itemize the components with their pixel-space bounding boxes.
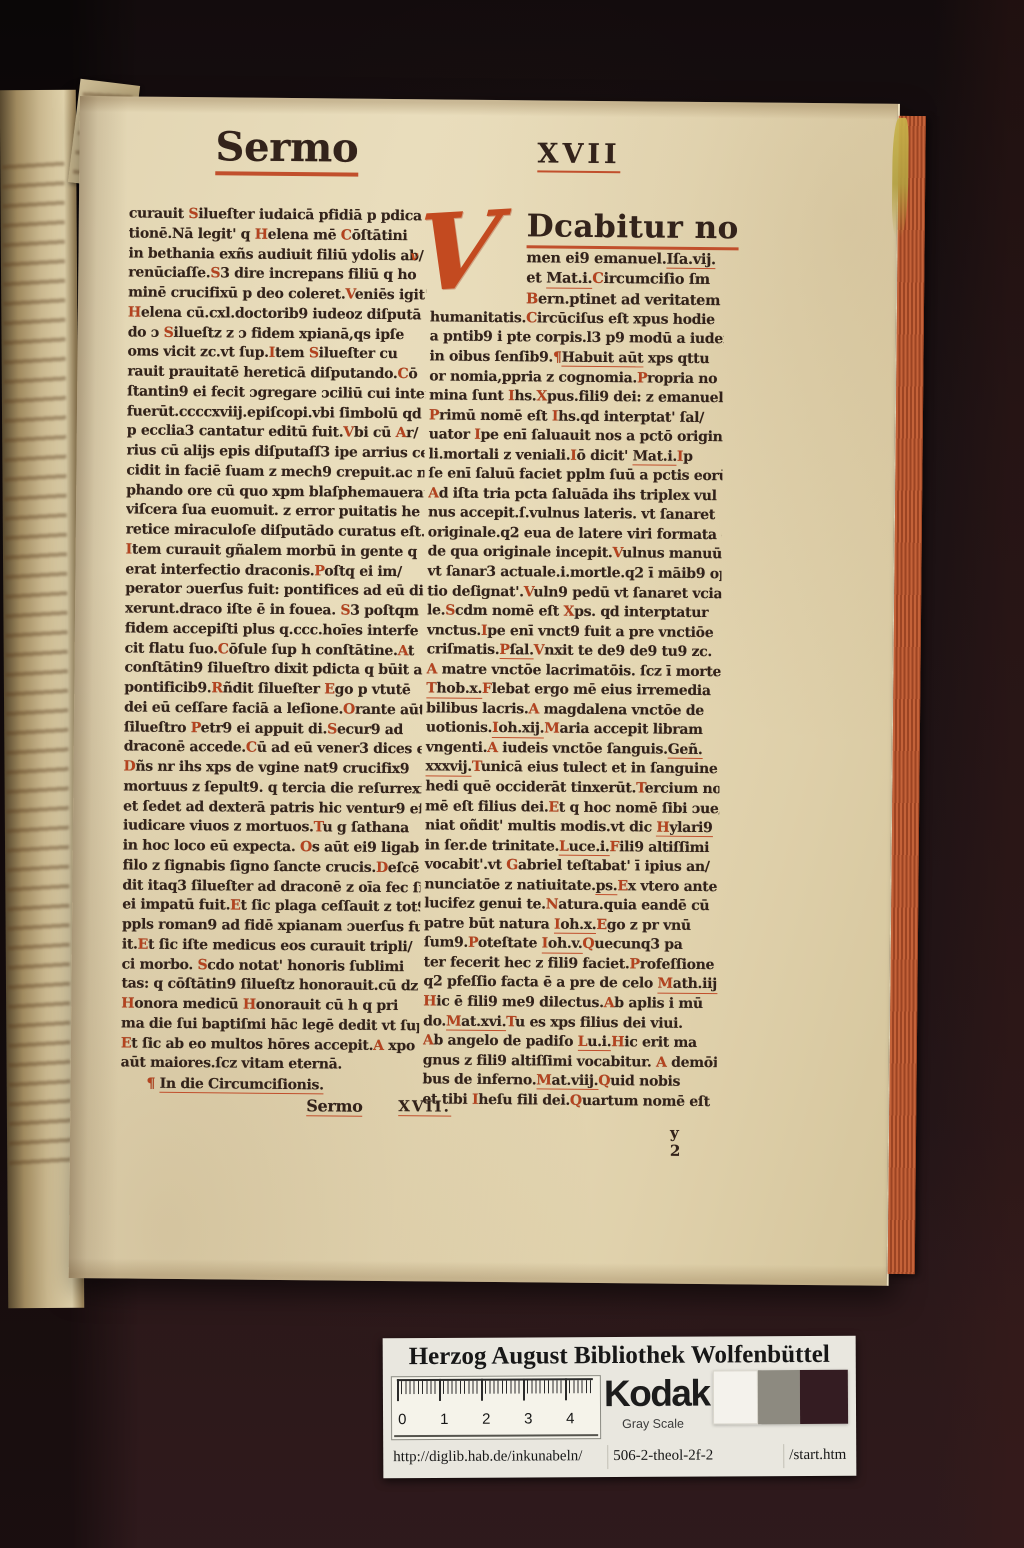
text-line: Ab angelo de padiſo Lu.i.Hic erit ma: [423, 1031, 717, 1053]
edge-damage-spot: [892, 118, 909, 238]
indent-lines: men ei9 emanuel.Iſa.vij.et Mat.i.Circumc…: [526, 248, 725, 311]
text-line: ppls roman9 ad fidē xpianam ɔuerſus fu: [122, 915, 420, 938]
text-line: vocabit'.vt Gabriel teſtabat' ī ipius an…: [425, 856, 719, 878]
facing-page-ghost-text: [2, 160, 71, 1168]
right-column-lines: humanitatis.Circūciſus eſt xpus hodiea p…: [422, 308, 724, 1112]
ruler-major-ticks: [397, 1378, 593, 1401]
incipit-heading: Dcabitur no: [527, 206, 725, 250]
library-title: Herzog August Bibliothek Wolfenbüttel: [383, 1341, 856, 1371]
text-line: in oibus ſenſib9.¶Habuit aūt xps qttu: [429, 347, 723, 369]
text-line: curauit Silueſter iudaicā pfidiā p pdica: [129, 204, 427, 227]
text-line: Item curauit gñalem morbū in gente q: [126, 540, 424, 563]
text-line: mortuus z ſepult9. q tercia die reſurrex…: [123, 777, 421, 800]
label-bottom-row: http://diglib.hab.de/inkunabeln/ 506-2-t…: [383, 1442, 856, 1474]
patch-black: [800, 1370, 848, 1424]
text-line: Honora medicū Honorauit cū h q pri: [121, 994, 419, 1017]
text-line: rauit prauitatē hereticā diſputando.Cō: [127, 362, 425, 385]
text-line: le.Scdm nomē eſt Xps. qd interptatur: [427, 601, 721, 623]
text-line: in hoc loco eū expecta. Os aūt ei9 ligab: [123, 836, 421, 859]
text-line: nus accepit.ſ.vulnus lateris. vt ſanaret: [428, 504, 722, 526]
text-line: criſmatis.Pſal.Vnxit te de9 de9 tu9 zc.: [427, 641, 721, 663]
ruler-number: 0: [398, 1411, 406, 1428]
text-line: dei eū ceſſare faciā a leſione.Orante aū…: [124, 698, 422, 721]
ruler-number: 4: [566, 1410, 574, 1427]
text-line: uator Ipe enī ſaluauit nos a pctō origin…: [429, 426, 723, 448]
catchword-row: Sermo XVII.: [120, 1094, 418, 1119]
label-divider: [783, 1444, 784, 1468]
text-line: filo z ſignabis ſigno ſancte crucis.Deſc…: [123, 856, 421, 879]
label-shelfmark: 506-2-theol-2f-2: [613, 1448, 713, 1466]
rubric-incipit: ¶ In die Circumciſionis.: [120, 1073, 418, 1097]
text-line: et tibi Iheſu fili dei.Quartum nomē eſt: [422, 1090, 716, 1112]
label-url: http://diglib.hab.de/inkunabeln/: [393, 1448, 582, 1466]
kodak-logo: Kodak: [604, 1373, 710, 1416]
text-line: xerunt.draco iſte ē in fouea. S3 poſtqm: [125, 599, 423, 622]
running-header-number: XVII: [537, 138, 620, 170]
text-line: tionē.Nā legit' q Helena mē Cōſtātini: [129, 224, 427, 247]
text-line: pontificib9.Rñdit ſilueſter Ego p vtutē: [124, 678, 422, 701]
text-line: Hic ē fili9 me9 dilectus.Ab aplis i mū: [423, 992, 717, 1014]
text-line: retice miraculoſe diſputādo curatus eſt.: [126, 520, 424, 543]
text-line: lucifez genui te.Natura.quia eandē cū: [424, 895, 718, 917]
text-line: rius cū alijs epis diſputaſſ3 ipe arrius…: [126, 441, 424, 464]
ruler-number: 1: [440, 1411, 448, 1428]
text-line: ſtantin9 ei fecit ɔgregare ɔciliū cui in…: [127, 382, 425, 405]
patch-white: [713, 1370, 758, 1424]
left-column: curauit Silueſter iudaicā pfidiā p pdica…: [120, 204, 427, 1119]
ruler-baseline: [394, 1434, 598, 1437]
gray-scale-label: Gray Scale: [622, 1417, 684, 1431]
calibration-label: Herzog August Bibliothek Wolfenbüttel 01…: [383, 1336, 857, 1478]
text-line: ma die ſui baptiſmi hāc legē dedit vt ſu…: [121, 1014, 419, 1037]
text-line: bus de inferno.Mat.viij.Quid nobis: [422, 1071, 716, 1093]
text-line: ſum9.Poteſtate Ioh.v.Quecunq3 pa: [424, 934, 718, 956]
text-line: fidem accepiſti plus q.ccc.hoīes interfe: [125, 619, 423, 642]
running-header-sermo: Sermo: [215, 125, 358, 170]
text-line: Bern.ptinet ad veritatem: [526, 289, 724, 311]
text-line: vt ſanar3 actuale.i.mortle.q2 ī māib9 op…: [427, 562, 721, 584]
text-line: et Mat.i.Circumciſio ſm: [526, 269, 724, 291]
text-line: Dñs nr ihs xps de vgine nat9 crucifix9: [123, 757, 421, 780]
lombard-initial-v: V: [412, 201, 529, 307]
ruler: 01234: [391, 1375, 601, 1440]
left-column-lines: curauit Silueſter iudaicā pfidiā p pdica…: [121, 204, 427, 1076]
label-start-page: /start.htm: [789, 1447, 846, 1464]
text-line: cidit in faciē ſuam z mech9 crepuit.ac n…: [126, 461, 424, 484]
catchword-sermo: Sermo: [306, 1096, 362, 1116]
book-page: Sermo XVII curauit Silueſter iudaicā pfi…: [69, 96, 900, 1286]
ruler-number: 3: [524, 1410, 532, 1427]
text-line: Thob.x.Flebat ergo mē eius irremedia: [426, 680, 720, 702]
text-line: Helena cū.cxl.doctorib9 iudeoz diſputā: [128, 303, 426, 326]
text-line: ſe enī ſaluū faciet pplm ſuū a pctis eor…: [428, 465, 722, 487]
right-column: V v Dcabitur no men ei9 emanuel.Iſa.vij.…: [422, 205, 725, 1112]
text-line: it.Et ſic iſte medicus eos curauit tripl…: [122, 935, 420, 958]
text-line: hedi quē occiderāt tinxerūt.Tercium no: [425, 777, 719, 799]
ruler-numbers: 01234: [392, 1376, 600, 1377]
text-line: minē crucifixū p deo coleret.Veniēs igit…: [128, 283, 426, 306]
patch-gray: [758, 1370, 800, 1424]
quire-signature: y 2: [670, 1124, 716, 1160]
text-line: niat oñdit' multis modis.vt dic Hylari9: [425, 816, 719, 838]
guide-letter: v: [410, 249, 417, 264]
text-line: mina ſunt Ihs.Xpus.fili9 dei: z emanuel: [429, 386, 723, 408]
text-line: uotionis.Ioh.xij.Maria accepit libram: [426, 719, 720, 741]
text-line: men ei9 emanuel.Iſa.vij.: [526, 248, 724, 270]
label-divider: [607, 1445, 608, 1469]
ruler-number: 2: [482, 1411, 490, 1428]
grayscale-patches: [713, 1370, 848, 1425]
